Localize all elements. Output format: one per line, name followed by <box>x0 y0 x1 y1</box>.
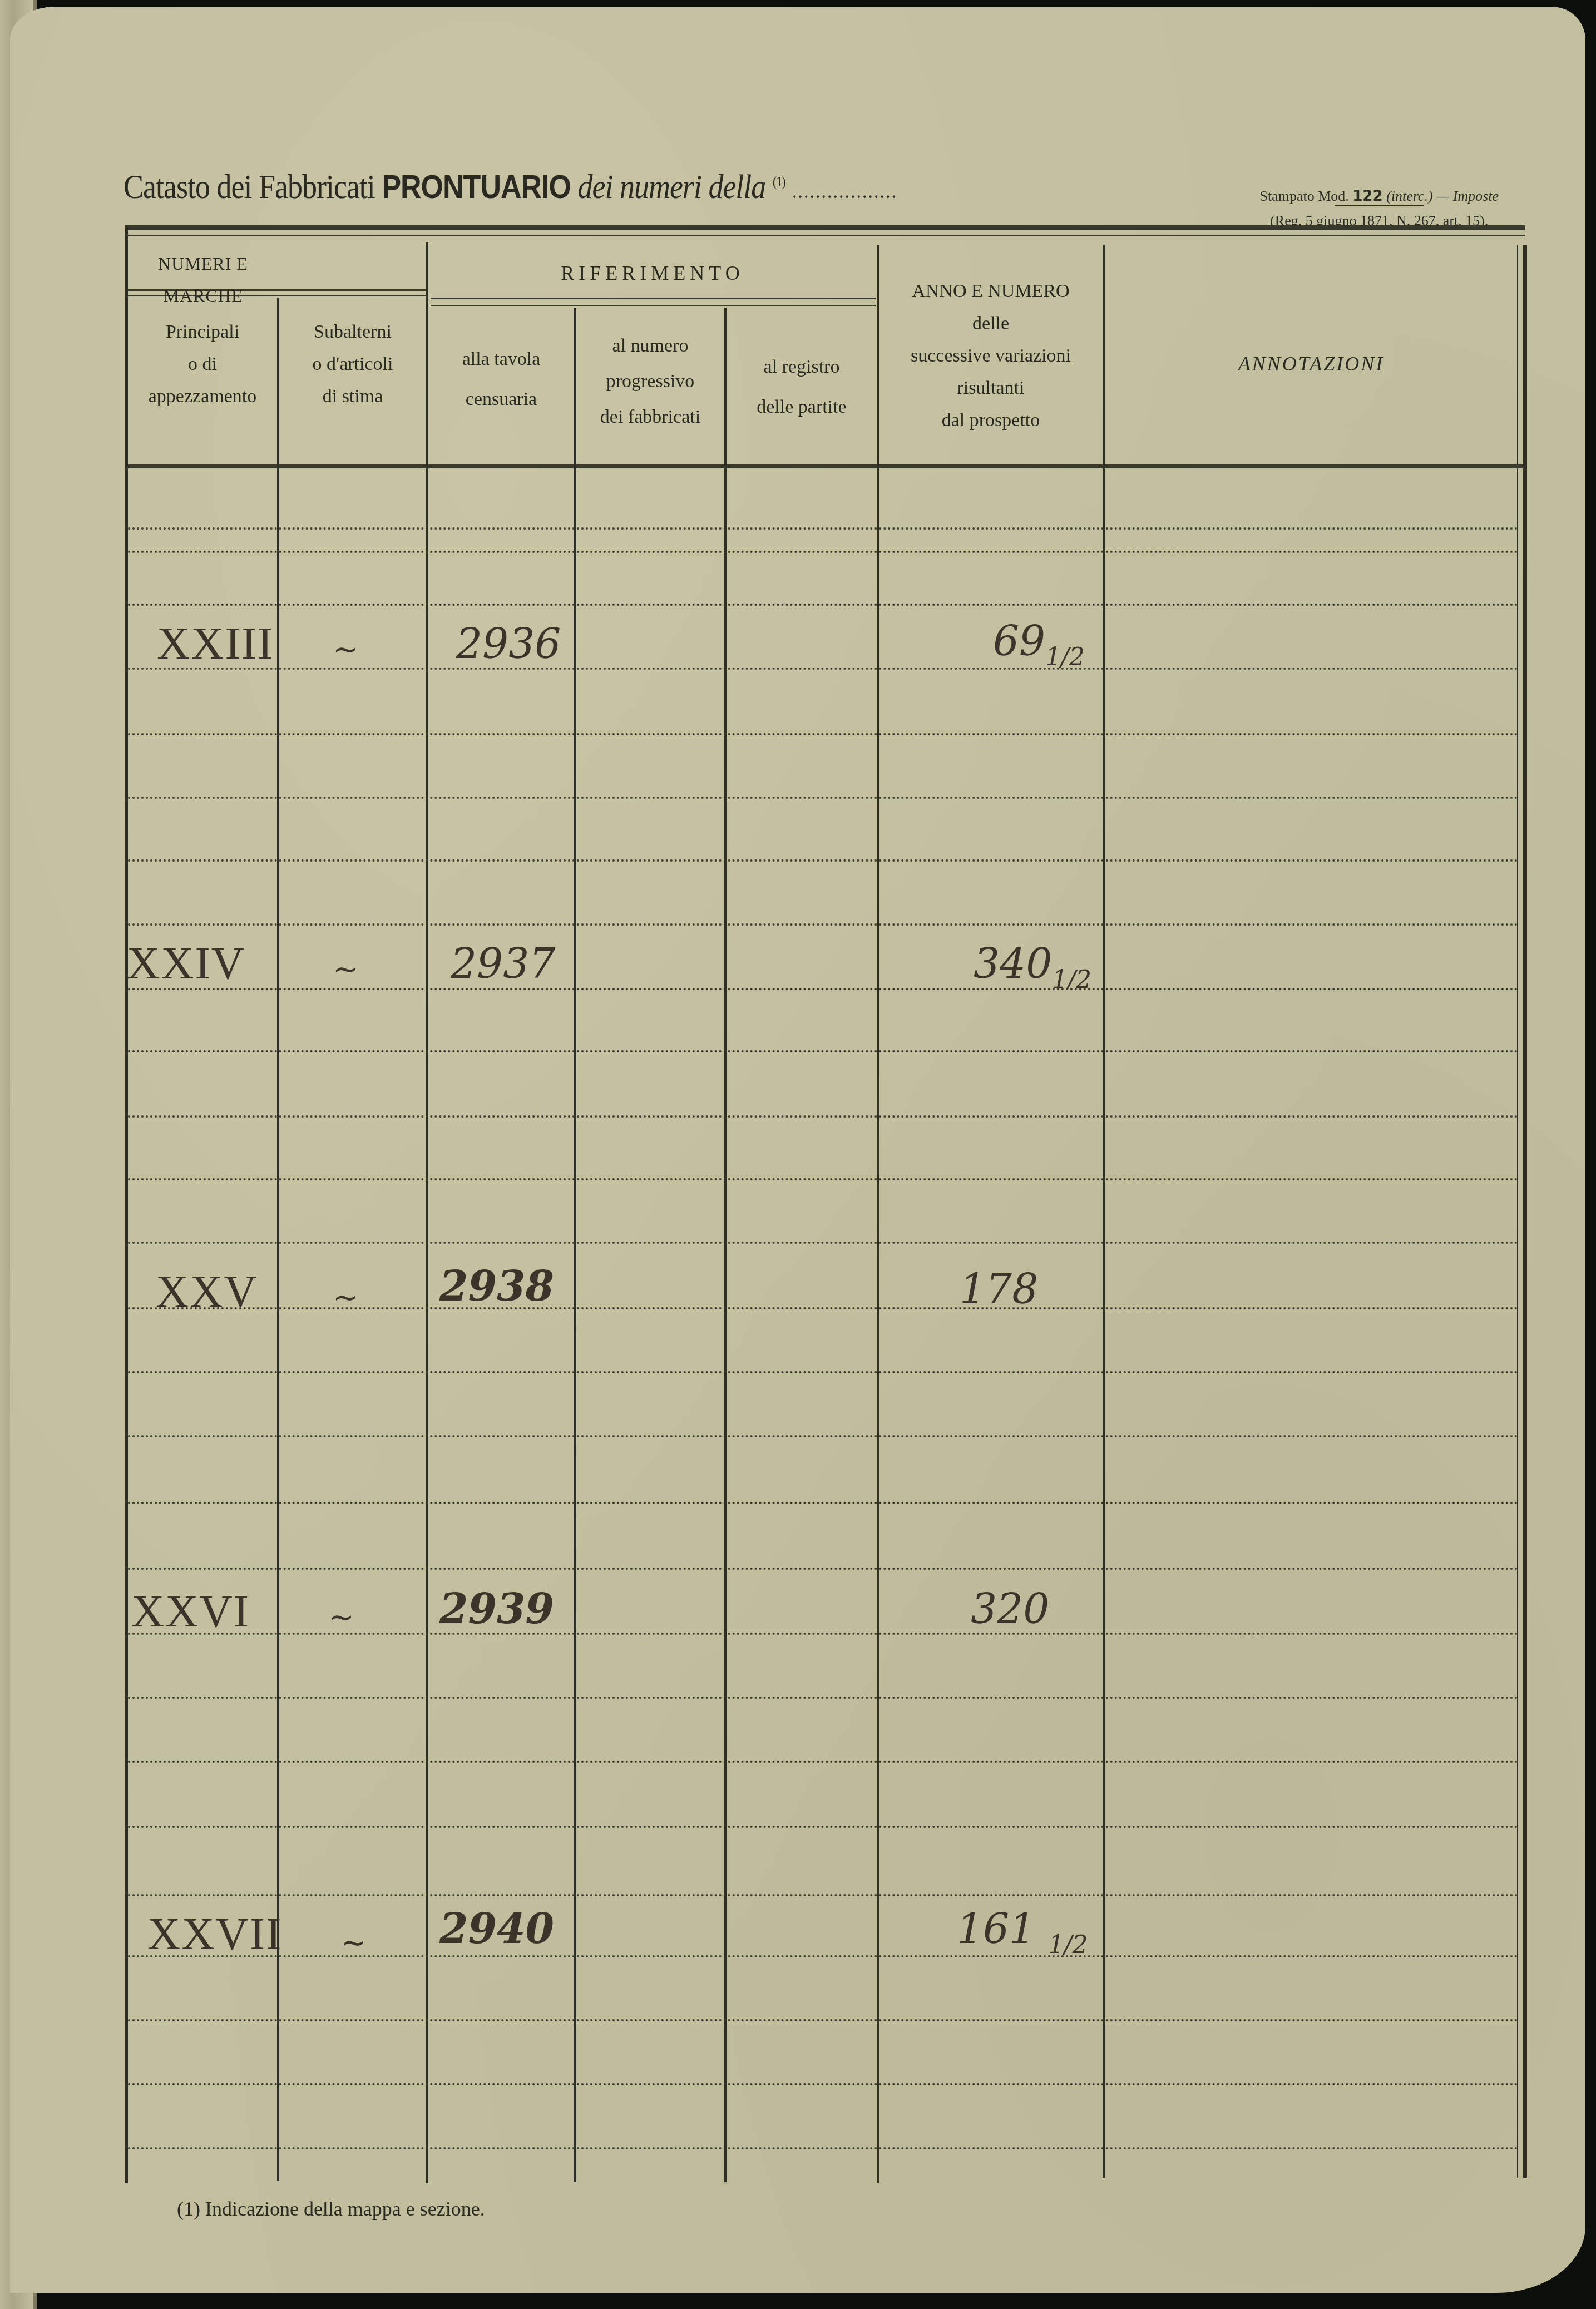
header-line: ANNO E NUMERO <box>879 275 1103 308</box>
header-riferimento: RIFERIMENTO <box>428 257 877 289</box>
ruled-line <box>128 1178 1519 1180</box>
ruled-line <box>128 1371 1519 1373</box>
col-divider-3 <box>574 308 576 2182</box>
stamp-suffix: (interc.) — Imposte <box>1386 188 1499 204</box>
group-rule-riferimento <box>431 298 876 299</box>
ruled-line <box>128 2083 1519 2085</box>
header-line: appezzamento <box>128 380 277 413</box>
header-line: di stima <box>279 380 426 413</box>
ruled-line <box>128 668 1519 670</box>
value: 340 <box>974 940 1052 988</box>
ruled-line <box>128 859 1519 862</box>
title-italic: dei numeri della <box>577 167 765 206</box>
group-rule-riferimento-2 <box>431 305 876 306</box>
ruled-line <box>128 1115 1519 1118</box>
col-divider-4 <box>724 308 727 2182</box>
fraction: 1/2 <box>1049 1931 1088 1959</box>
header-line: alla tavola <box>428 339 574 379</box>
header-line: censuaria <box>428 379 574 419</box>
ruled-line <box>128 1435 1519 1437</box>
header-line: progressivo <box>576 364 724 399</box>
ruled-line <box>128 988 1519 990</box>
ruled-line <box>128 1697 1519 1699</box>
ruled-line <box>128 1050 1519 1052</box>
col-divider-6 <box>1103 245 1105 2178</box>
header-numero-progressivo: al numero progressivo dei fabbricati <box>576 328 724 435</box>
row3-tavola: 2938 <box>439 1263 554 1311</box>
row1-anno-numero: 691/2 <box>993 617 1085 671</box>
row1-subalterni: ~ <box>333 631 359 668</box>
ruled-line <box>128 1502 1519 1504</box>
header-line: dal prospetto <box>879 404 1103 437</box>
fraction: 1/2 <box>1045 643 1085 671</box>
header-line: al numero <box>576 328 724 364</box>
header-anno-numero: ANNO E NUMERO delle successive variazion… <box>879 275 1103 437</box>
ruled-line <box>128 1955 1519 1957</box>
title-blank-field[interactable]: .................. <box>792 180 897 204</box>
row3-principali: XXV <box>156 1265 258 1318</box>
row4-subalterni: ~ <box>328 1599 354 1635</box>
row2-subalterni: ~ <box>333 951 359 987</box>
row5-subalterni: ~ <box>340 1925 367 1961</box>
header-line: Subalterni <box>279 316 426 348</box>
stamp-model-number: 122 <box>1352 188 1382 205</box>
header-line: o d'articoli <box>279 348 426 380</box>
table-left-border <box>125 225 128 2183</box>
stamp-regulation: (Reg. 5 giugno 1871, N. 267, art. 15). <box>1259 207 1499 235</box>
header-numeri-e-marche: NUMERI E MARCHE <box>129 248 277 312</box>
page-title: Catasto dei Fabbricati PRONTUARIO dei nu… <box>123 167 897 206</box>
row4-principali: XXVI <box>131 1585 250 1638</box>
ruled-line <box>128 604 1519 606</box>
row4-anno-numero: 320 <box>971 1585 1049 1633</box>
row4-tavola: 2939 <box>439 1585 554 1633</box>
header-registro: al registro delle partite <box>727 347 877 427</box>
ruled-line <box>128 1826 1519 1828</box>
ruled-line <box>128 1568 1519 1570</box>
row5-principali: XXVII <box>147 1908 282 1960</box>
ruled-line <box>128 2019 1519 2021</box>
value: 161 <box>957 1905 1035 1953</box>
header-tavola: alla tavola censuaria <box>428 339 574 419</box>
ruled-line <box>128 527 1519 530</box>
row5-tavola: 2940 <box>439 1905 554 1953</box>
row1-tavola: 2936 <box>456 620 561 668</box>
row1-principali: XXIII <box>157 617 274 670</box>
row3-subalterni: ~ <box>333 1279 359 1316</box>
header-line: delle partite <box>727 387 877 427</box>
header-annotazioni: ANNOTAZIONI <box>1105 348 1518 380</box>
header-line: successive variazioni <box>879 340 1103 372</box>
table-right-border <box>1523 245 1527 2178</box>
table-top-rule-thin <box>126 235 1525 236</box>
col-divider-5 <box>877 245 879 2183</box>
ruled-line <box>128 733 1519 735</box>
fraction: 1/2 <box>1052 966 1091 994</box>
ruled-line <box>128 1242 1519 1244</box>
title-prefix: Catasto dei Fabbricati <box>123 167 375 206</box>
header-line: Principali <box>128 316 277 348</box>
table-top-rule <box>126 225 1525 230</box>
row2-anno-numero: 3401/2 <box>974 940 1091 994</box>
value: 69 <box>993 617 1045 665</box>
header-subalterni: Subalterni o d'articoli di stima <box>279 316 426 413</box>
table-right-border-inner <box>1517 245 1518 2178</box>
title-bold: PRONTUARIO <box>382 169 571 206</box>
row2-principali: XXIV <box>127 937 245 990</box>
ruled-line <box>128 1761 1519 1763</box>
ruled-line <box>128 551 1519 553</box>
header-line: risultanti <box>879 372 1103 404</box>
header-line: delle <box>879 308 1103 340</box>
footnote: (1) Indicazione della mappa e sezione. <box>177 2197 485 2221</box>
row5-anno-numero: 161 1/2 <box>957 1905 1088 1959</box>
col-divider-2 <box>426 242 428 2183</box>
header-bottom-rule <box>127 464 1524 468</box>
row2-tavola: 2937 <box>451 940 555 988</box>
header-line: al registro <box>727 347 877 387</box>
ruled-line <box>128 2147 1519 2149</box>
col-divider-1 <box>277 298 279 2181</box>
footnote-mark: (1) <box>773 174 785 190</box>
ruled-line <box>128 1894 1519 1896</box>
header-line: o di <box>128 348 277 380</box>
header-line: dei fabbricati <box>576 399 724 435</box>
stamp-prefix: Stampato Mod. <box>1259 188 1348 204</box>
header-principali: Principali o di appezzamento <box>128 316 277 413</box>
ruled-line <box>128 923 1519 926</box>
row3-anno-numero: 178 <box>960 1265 1038 1313</box>
ruled-line <box>128 797 1519 799</box>
